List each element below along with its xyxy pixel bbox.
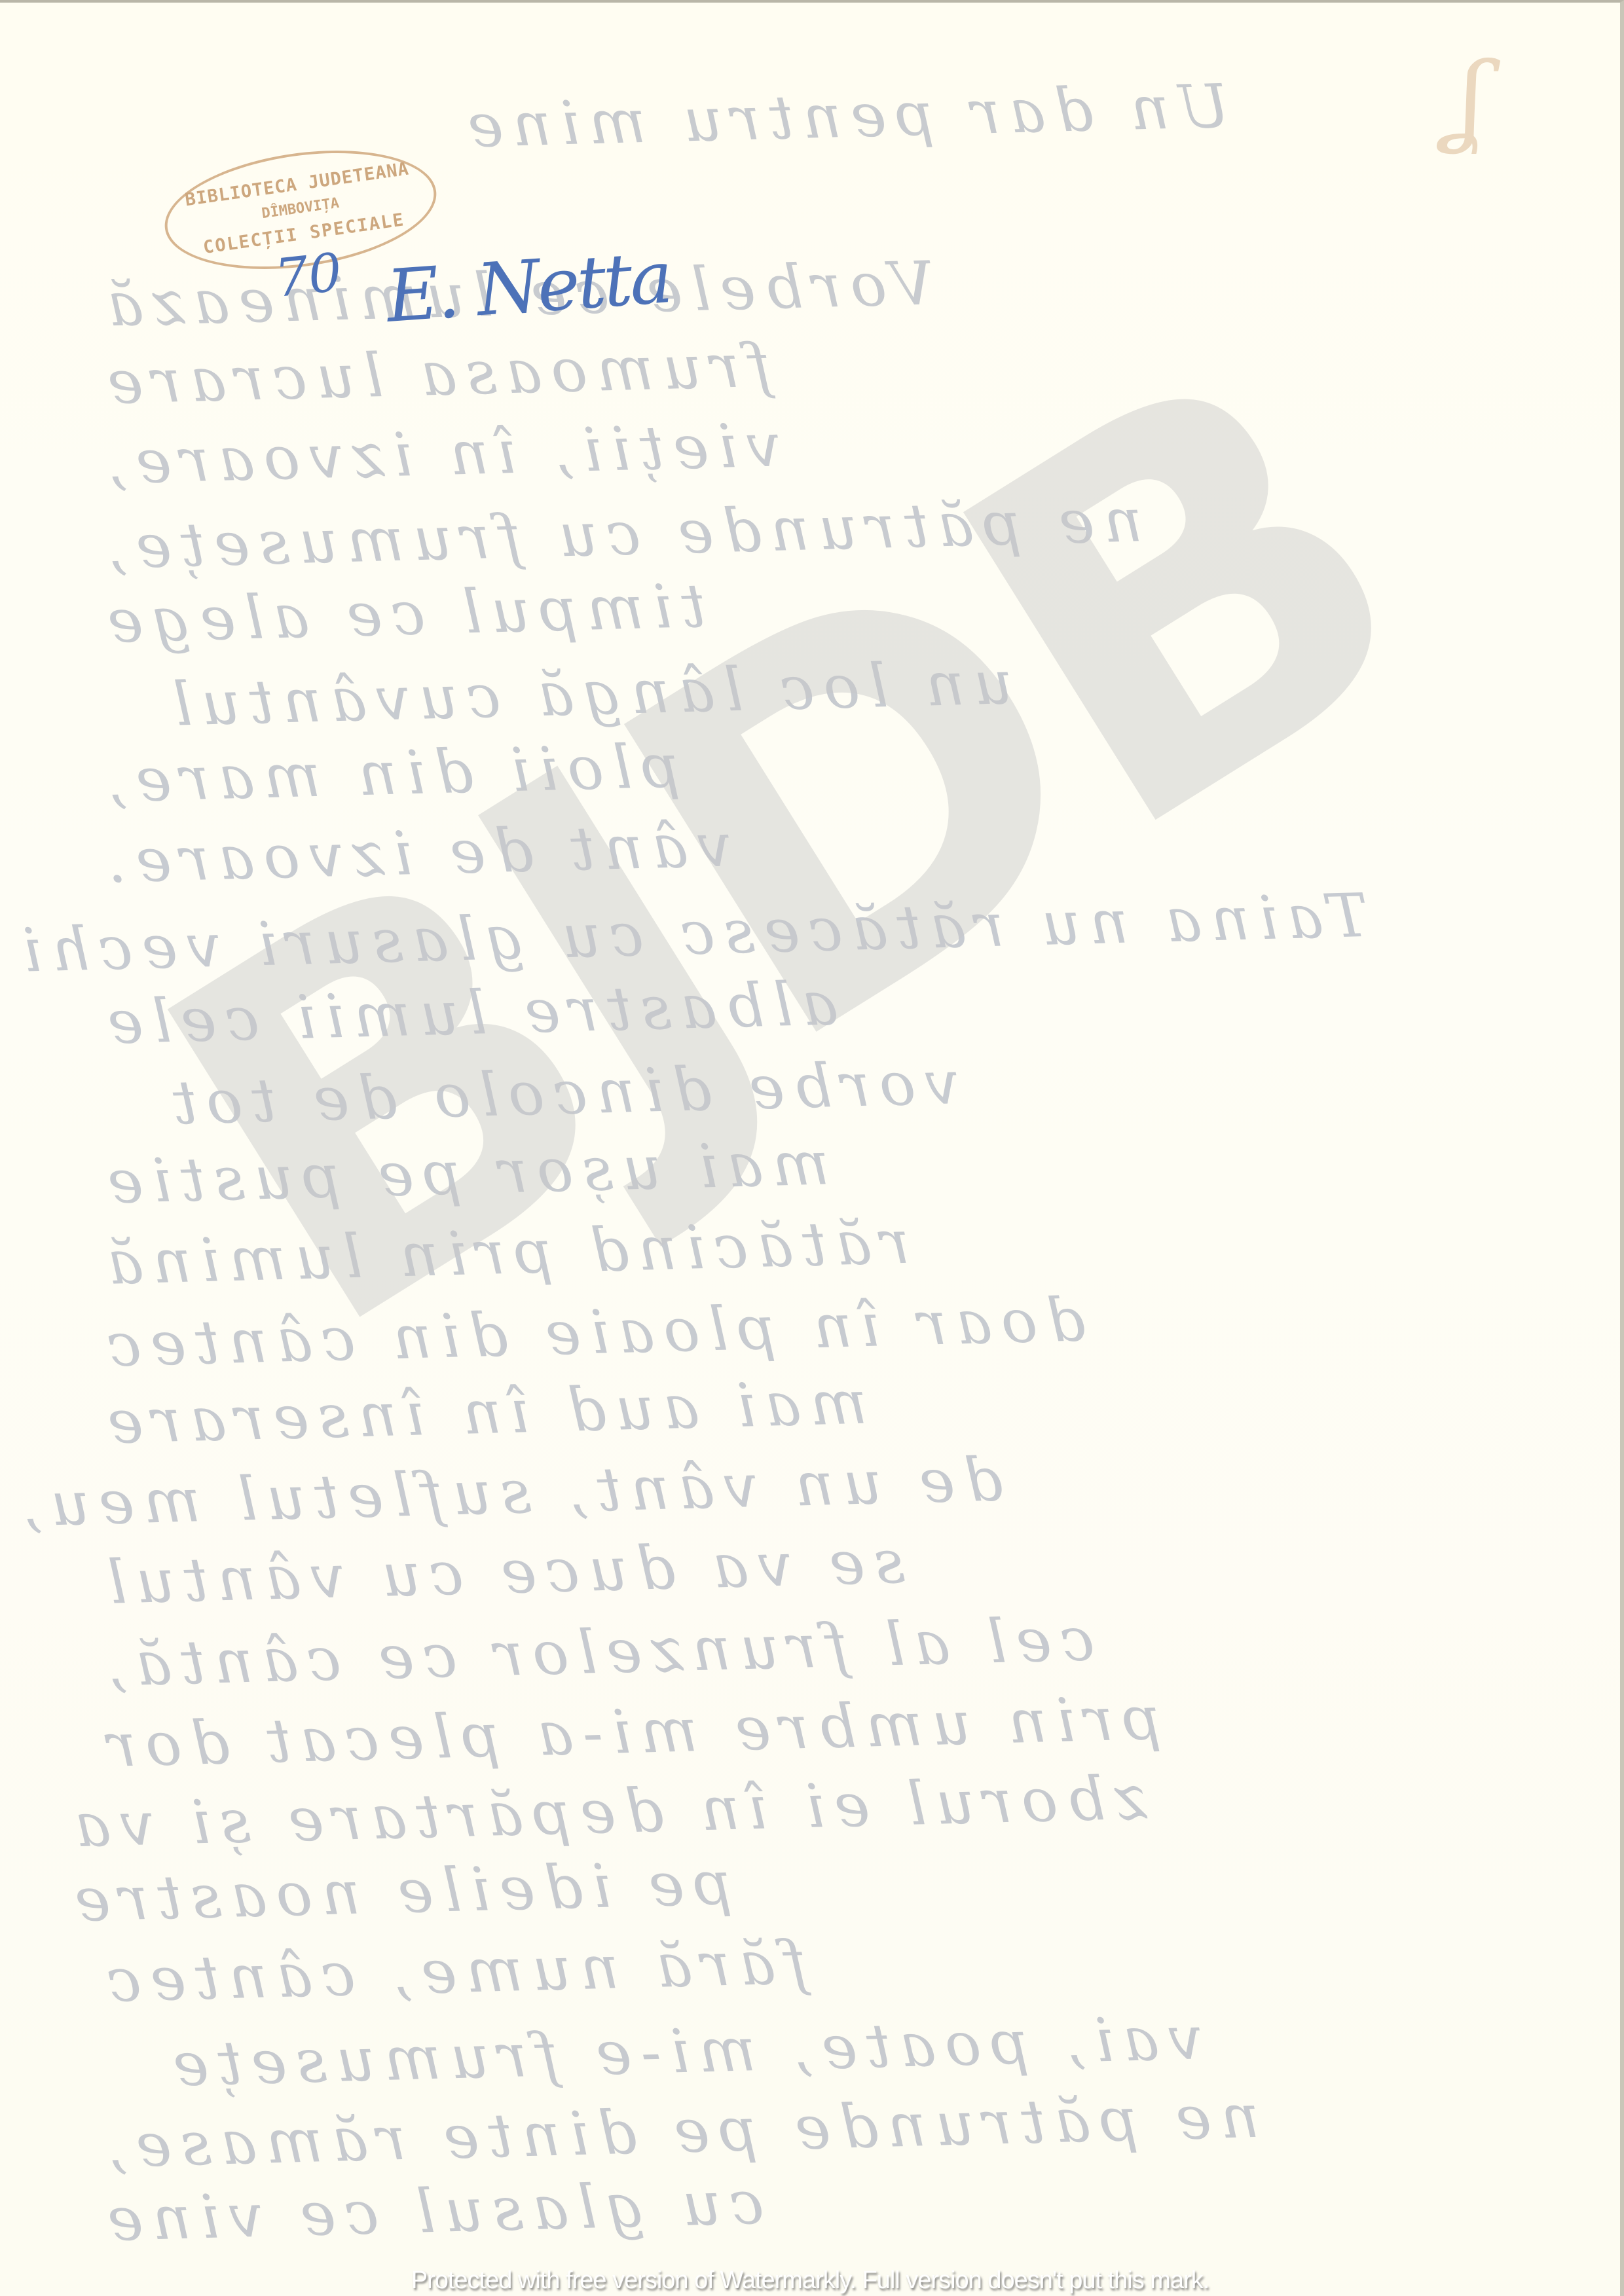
handwriting-line: de un vânt, sufletul meu, [12,1444,1004,1540]
folio-number: 70 [272,242,344,309]
handwriting-line: frumoasa lucrare [98,331,772,418]
handwriting-line: cel al frunzelor ce cântă, [98,1604,1096,1700]
handwriting-line: cu glasul ce vine [98,2168,765,2255]
handwriting-line: vai, poate, mi-e frumusețe [163,2003,1203,2100]
handwriting-line: vieții, în izvoare, [98,410,781,498]
handwriting-line: pe ideile noastre [65,1848,733,1936]
handwriting-line: se va duce cu vântul [98,1527,906,1618]
handwriting-line: mai aud în înserare [98,1368,868,1458]
handwriting-line: fără nume, cântec [98,1927,808,2016]
handwriting-line: Un dar pentru mine [458,71,1230,162]
manuscript-page: ʆ Un dar pentru mineVorbele ce luminează… [0,0,1624,2296]
watermark-notice: Protected with free version of Watermark… [0,2267,1620,2295]
